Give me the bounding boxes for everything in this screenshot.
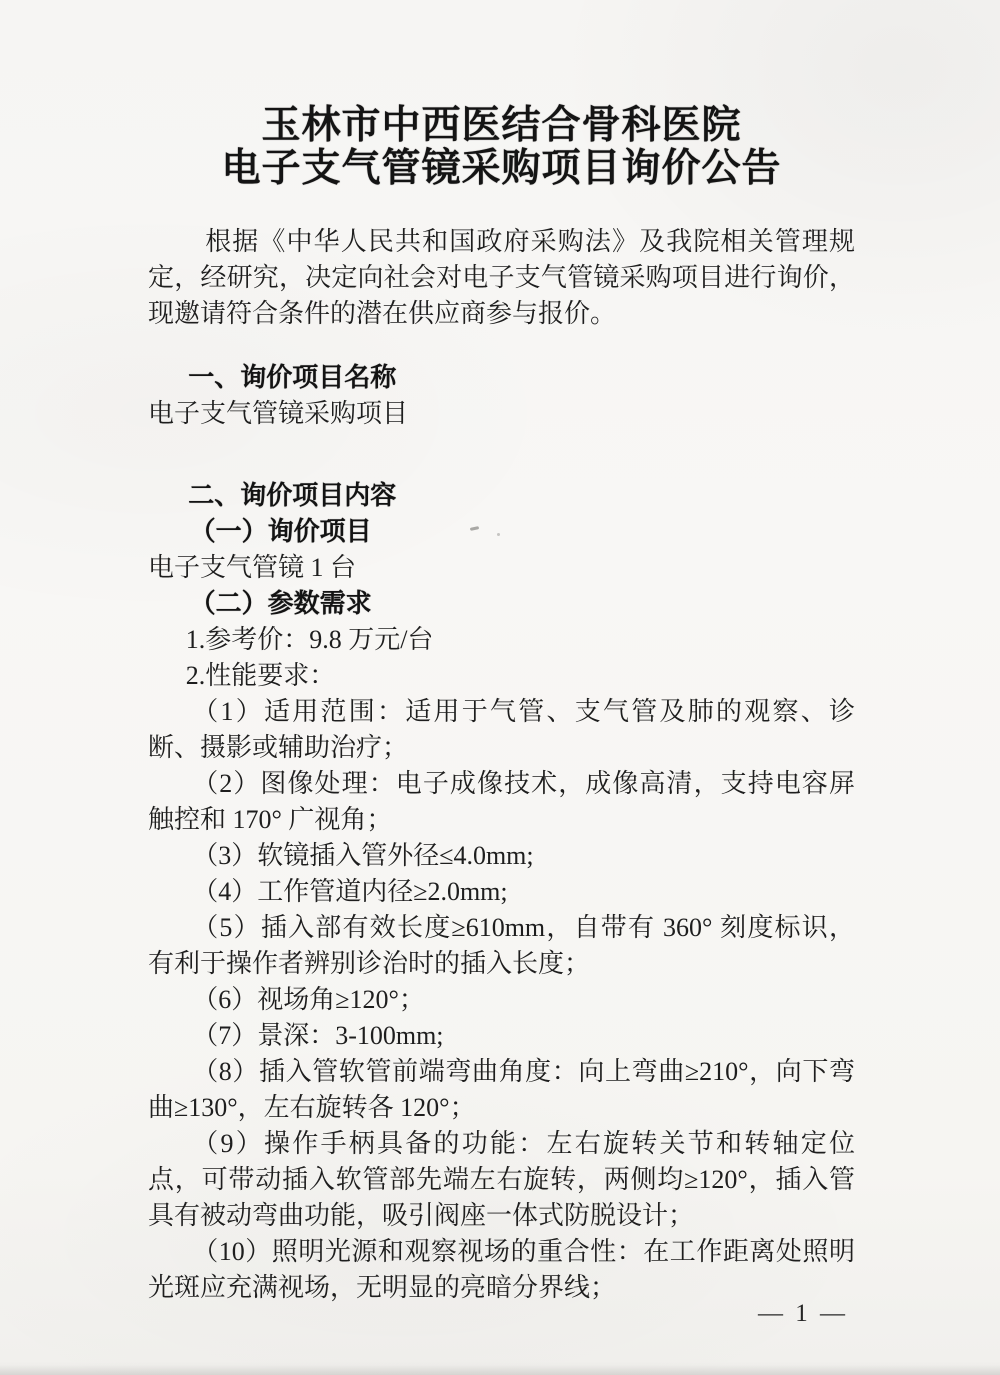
spec-item-10: （10）照明光源和观察视场的重合性：在工作距离处照明光斑应充满视场，无明显的亮暗… (148, 1234, 855, 1306)
intro-paragraph: 根据《中华人民共和国政府采购法》及我院相关管理规定，经研究，决定向社会对电子支气… (148, 224, 855, 332)
document-title: 玉林市中西医结合骨科医院 电子支气管镜采购项目询价公告 (148, 104, 855, 190)
spec-item-2: （2）图像处理：电子成像技术，成像高清，支持电容屏触控和 170° 广视角； (148, 766, 855, 838)
item-performance-requirements: 2.性能要求： (148, 658, 855, 694)
page-number: — 1 — (758, 1300, 848, 1328)
spec-item-9: （9）操作手柄具备的功能：左右旋转关节和转轴定位点，可带动插入软管部先端左右旋转… (148, 1126, 855, 1234)
spec-item-7: （7）景深：3-100mm; (148, 1018, 855, 1054)
item-reference-price: 1.参考价：9.8 万元/台 (148, 622, 855, 658)
spec-item-3: （3）软镜插入管外径≤4.0mm; (148, 838, 855, 874)
section2-sub1-body: 电子支气管镜 1 台 (148, 550, 855, 586)
spec-item-8: （8）插入管软管前端弯曲角度：向上弯曲≥210°，向下弯曲≥130°，左右旋转各… (148, 1054, 855, 1126)
section1-body: 电子支气管镜采购项目 (148, 396, 855, 432)
spec-item-5: （5）插入部有效长度≥610mm，自带有 360° 刻度标识，有利于操作者辨别诊… (148, 910, 855, 982)
scan-bottom-shadow (0, 1365, 1000, 1375)
spec-item-4: （4）工作管道内径≥2.0mm; (148, 874, 855, 910)
document-title-line2: 电子支气管镜采购项目询价公告 (148, 147, 855, 190)
spec-item-6: （6）视场角≥120°； (148, 982, 855, 1018)
section2-sub2-heading: （二）参数需求 (148, 586, 855, 622)
spec-item-1: （1）适用范围：适用于气管、支气管及肺的观察、诊断、摄影或辅助治疗； (148, 694, 855, 766)
document-page: 玉林市中西医结合骨科医院 电子支气管镜采购项目询价公告 根据《中华人民共和国政府… (0, 0, 1000, 1375)
section2-heading: 二、询价项目内容 (148, 478, 855, 514)
scan-speck-small (497, 533, 500, 536)
section2-sub1-heading: （一）询价项目 (148, 514, 855, 550)
document-title-line1: 玉林市中西医结合骨科医院 (148, 104, 855, 147)
section1-heading: 一、询价项目名称 (148, 360, 855, 396)
